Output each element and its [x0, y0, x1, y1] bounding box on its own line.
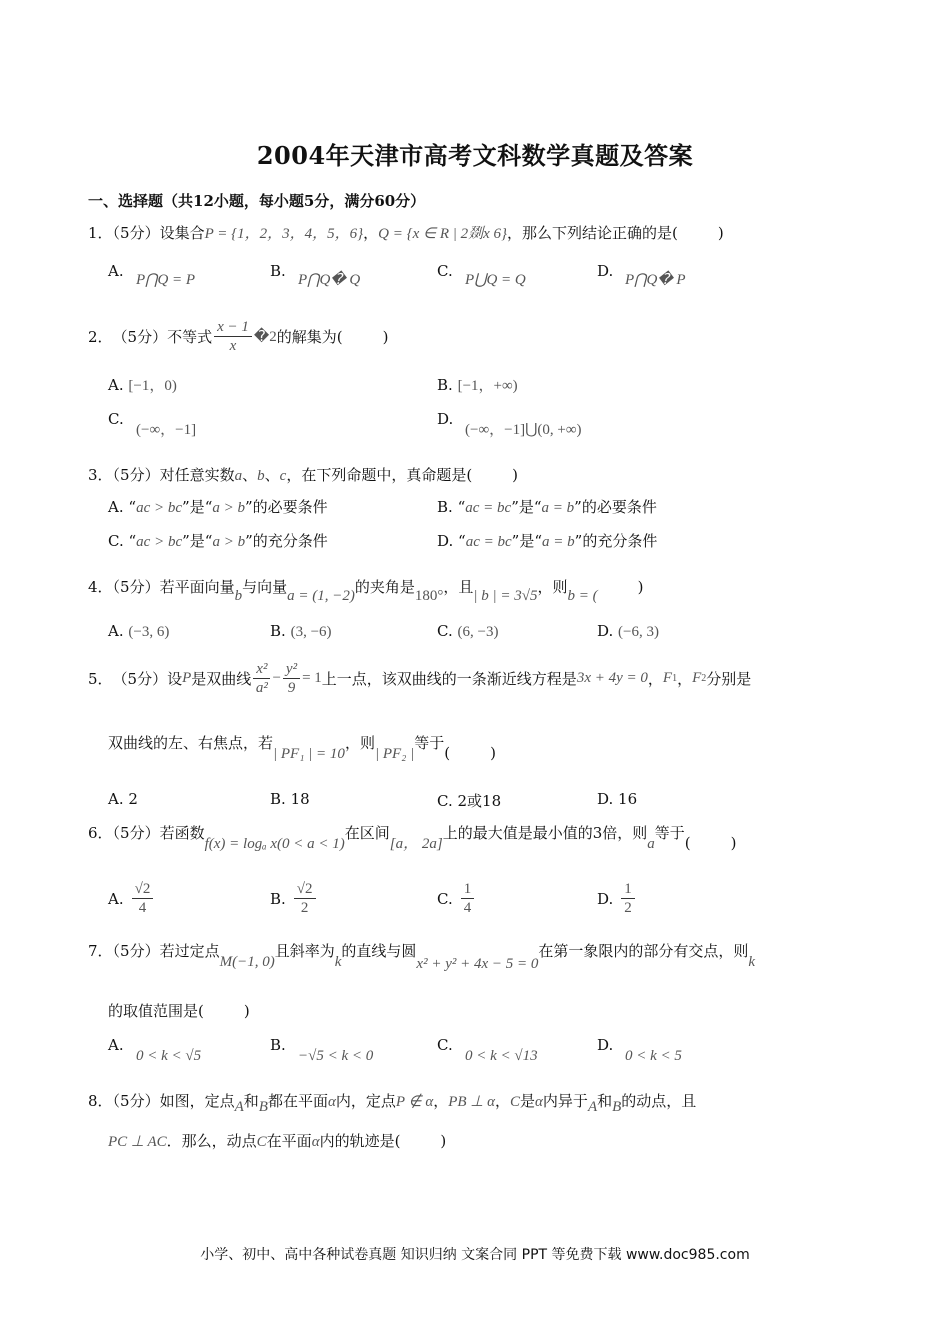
- question-number: 6．: [88, 824, 113, 842]
- option-value: P⋃Q = Q: [465, 270, 526, 289]
- question-number: 8．: [88, 1092, 113, 1110]
- option-math: ac = bc: [465, 500, 511, 516]
- answer-paren: ): [383, 328, 389, 346]
- option-text: 的充分条件: [582, 532, 657, 550]
- option-value: 16: [618, 790, 637, 808]
- question-7: 7．（5分）若过定点M(−1, 0)且斜率为k的直线与圆x² + y² + 4x…: [88, 940, 755, 961]
- option-b: B. 18: [270, 790, 310, 808]
- math-point-a: A: [588, 1099, 597, 1115]
- numerator: x²: [253, 660, 270, 679]
- option-value: 0 < k < 5: [625, 1048, 682, 1065]
- question-text: 的动点，且: [621, 1092, 696, 1110]
- option-math: a = b: [542, 500, 575, 516]
- math-plane: α: [312, 1134, 320, 1150]
- numerator: √2: [132, 880, 154, 899]
- option-label: B.: [270, 890, 286, 908]
- option-text: 是: [519, 498, 534, 516]
- option-value: P⋂Q� P: [625, 270, 686, 289]
- quote: ”: [245, 498, 253, 516]
- question-score: （5分）: [113, 942, 160, 960]
- math-point-p: P ∉ α: [396, 1094, 433, 1110]
- option-d: D. “ac = bc”是“a = b”的充分条件: [437, 530, 657, 551]
- option-d: D.12: [597, 880, 637, 917]
- math-var: a: [647, 836, 655, 852]
- option-b: B.: [270, 262, 286, 280]
- option-label: D.: [597, 1036, 613, 1054]
- numerator: 1: [461, 880, 475, 899]
- answer-paren: (: [444, 744, 450, 762]
- math-interval: [a， 2a]: [390, 836, 443, 852]
- fraction: 14: [461, 880, 475, 917]
- question-text: 上一点，该双曲线的一条渐近线方程是: [322, 668, 577, 689]
- option-d: D.: [437, 410, 453, 428]
- question-text: ．那么，动点: [167, 1132, 257, 1150]
- quote: “: [128, 498, 136, 516]
- option-value: 2或18: [458, 792, 502, 810]
- option-value: (−∞，−1]⋃(0, +∞): [465, 418, 582, 439]
- option-value: 18: [291, 790, 310, 808]
- option-label: B.: [270, 1036, 286, 1054]
- math-point-c: C: [257, 1134, 267, 1150]
- math-slope: k: [335, 954, 342, 970]
- option-label: C.: [437, 1036, 453, 1054]
- option-label: D.: [437, 532, 453, 550]
- math-perpendicular: PC ⊥ AC: [108, 1134, 167, 1150]
- question-text: 如图，定点: [160, 1092, 235, 1110]
- option-c: C. (6, −3): [437, 622, 498, 641]
- option-d: D. (−6, 3): [597, 622, 659, 641]
- option-d: D.: [597, 1036, 613, 1054]
- question-text: 若平面向量: [160, 578, 235, 596]
- fraction: 12: [621, 880, 635, 917]
- question-text: 的取值范围是(: [108, 1002, 204, 1020]
- question-text: 的夹角是: [355, 578, 415, 596]
- answer-paren: (: [685, 834, 691, 852]
- page-footer: 小学、初中、高中各种试卷真题 知识归纳 文案合同 PPT 等免费下载 www.d…: [0, 1244, 950, 1264]
- numerator: √2: [294, 880, 316, 899]
- question-7-line-2: 的取值范围是(): [108, 1000, 250, 1021]
- math-focus-1: F: [663, 670, 672, 687]
- question-text: ，则: [538, 578, 568, 596]
- option-c: C.: [437, 1036, 453, 1054]
- math-var: b: [257, 468, 265, 484]
- option-value: 2: [128, 790, 138, 808]
- question-text: 在区间: [345, 824, 390, 842]
- option-b: B.: [270, 1036, 286, 1054]
- question-text: 对任意实数: [160, 466, 235, 484]
- option-value: (−∞，−1]: [136, 418, 196, 439]
- option-d: D.: [597, 262, 613, 280]
- question-number: 7．: [88, 942, 113, 960]
- option-label: B.: [437, 498, 453, 516]
- option-label: A.: [108, 890, 124, 908]
- question-number: 3．: [88, 466, 113, 484]
- option-text: 是: [519, 532, 534, 550]
- math-point-m: M(−1, 0): [220, 954, 275, 970]
- option-a: A.: [108, 262, 124, 280]
- question-text: 是双曲线: [191, 668, 251, 689]
- option-c: C.: [437, 262, 453, 280]
- question-1: 1．（5分）设集合P = {1，2，3，4，5，6}，Q = {x ∈ R | …: [88, 222, 724, 243]
- math-focus-2: F: [692, 670, 701, 687]
- question-text: 都在平面: [268, 1092, 328, 1110]
- option-d: D. 16: [597, 790, 637, 808]
- separator: 、: [265, 466, 280, 484]
- option-b: B. (3, −6): [270, 622, 332, 641]
- question-text: 内异于: [543, 1092, 588, 1110]
- option-value: 0 < k < √5: [136, 1048, 201, 1065]
- quote: ”: [182, 498, 190, 516]
- quote: “: [534, 532, 542, 550]
- option-value: (3, −6): [291, 624, 332, 640]
- option-label: D.: [597, 622, 613, 640]
- separator: 、: [242, 466, 257, 484]
- denominator: x: [230, 337, 237, 355]
- option-label: C.: [108, 532, 124, 550]
- question-text: 的直线与圆: [341, 942, 416, 960]
- option-value: (−3, 6): [128, 624, 169, 640]
- question-5-line-2: 双曲线的左、右焦点，若| PF₁ | = 10，则| PF₂ |等于(): [108, 732, 496, 753]
- math-set-q: Q = {x ∈ R | 2剟x 6}: [378, 226, 507, 242]
- question-8: 8．（5分）如图，定点A和B都在平面α内，定点P ∉ α，PB ⊥ α，C是α内…: [88, 1090, 696, 1111]
- question-text: 双曲线的左、右焦点，若: [108, 734, 273, 752]
- option-label: A.: [108, 1036, 124, 1054]
- denominator: 4: [139, 899, 147, 917]
- option-label: C.: [108, 410, 124, 428]
- separator: ，: [495, 1092, 510, 1110]
- quote: ”: [182, 532, 190, 550]
- math-set-p: P = {1，2，3，4，5，6}: [205, 226, 364, 242]
- fraction: √22: [294, 880, 316, 917]
- answer-paren: ): [440, 1132, 446, 1150]
- option-label: D.: [597, 890, 613, 908]
- math-vector-a: a = (1, −2): [287, 588, 355, 604]
- option-label: A.: [108, 498, 124, 516]
- question-3: 3．（5分）对任意实数a、b、c，在下列命题中，真命题是(): [88, 464, 518, 485]
- option-label: C.: [437, 890, 453, 908]
- option-label: A.: [108, 262, 124, 280]
- question-score: （5分）: [113, 668, 168, 689]
- math-point-b: B: [612, 1099, 621, 1115]
- option-math: ac > bc: [136, 534, 182, 550]
- question-score: （5分）: [113, 466, 160, 484]
- question-2: 2．（5分）不等式 x − 1x �2的解集为(): [88, 318, 389, 355]
- question-text: 内的轨迹是(: [320, 1132, 401, 1150]
- separator: ，: [677, 668, 692, 689]
- option-a: A. [−1，0): [108, 374, 177, 395]
- option-label: A.: [108, 790, 124, 808]
- math-var: a: [235, 468, 243, 484]
- option-c: C. 2或18: [437, 790, 501, 811]
- option-math: ac = bc: [466, 534, 512, 550]
- math-angle: 180°: [415, 588, 444, 604]
- quote: ”: [574, 498, 582, 516]
- option-text: 的必要条件: [582, 498, 657, 516]
- option-value: [−1，0): [128, 378, 176, 394]
- question-5: 5．（5分）设P是双曲线 x²a²−y²9= 1上一点，该双曲线的一条渐近线方程…: [88, 660, 751, 697]
- question-score: （5分）: [113, 224, 160, 242]
- math-norm: | b | = 3√5: [473, 588, 537, 604]
- denominator: 9: [288, 679, 296, 697]
- question-text: 且斜率为: [275, 942, 335, 960]
- document-title: 2004年天津市高考文科数学真题及答案: [0, 136, 950, 171]
- question-score: （5分）: [113, 1092, 160, 1110]
- question-text: 等于: [655, 824, 685, 842]
- question-text: 设: [167, 668, 182, 689]
- option-math: ac > bc: [136, 500, 182, 516]
- question-score: （5分）: [113, 326, 168, 347]
- option-math: a > b: [212, 534, 245, 550]
- option-text: 是: [190, 498, 205, 516]
- question-text: 设集合: [160, 224, 205, 242]
- question-score: （5分）: [113, 578, 160, 596]
- math-plane: α: [535, 1094, 543, 1110]
- question-text: ，则: [345, 734, 375, 752]
- option-a: A. “ac > bc”是“a > b”的必要条件: [108, 496, 328, 517]
- option-value: P⋂Q� Q: [298, 270, 360, 289]
- option-label: C.: [437, 262, 453, 280]
- option-label: A.: [108, 376, 124, 394]
- fraction: x − 1x: [214, 318, 252, 355]
- option-a: A. 2: [108, 790, 138, 808]
- answer-paren: ): [638, 578, 644, 596]
- option-text: 的充分条件: [253, 532, 328, 550]
- math-rhs: �2: [254, 327, 277, 346]
- question-score: （5分）: [113, 824, 160, 842]
- answer-paren: ): [244, 1002, 250, 1020]
- option-label: B.: [437, 376, 453, 394]
- option-label: B.: [270, 622, 286, 640]
- math-pf1: | PF₁ | = 10: [273, 746, 345, 762]
- option-value: P⋂Q = P: [136, 270, 195, 289]
- numerator: x − 1: [214, 318, 252, 337]
- option-math: a = b: [542, 534, 575, 550]
- math-vector-b: b: [235, 588, 243, 604]
- math-point-b: B: [259, 1099, 268, 1115]
- question-text: ，且: [443, 578, 473, 596]
- numerator: 1: [621, 880, 635, 899]
- option-label: D.: [437, 410, 453, 428]
- answer-paren: ): [718, 224, 724, 242]
- math-point-a: A: [235, 1099, 244, 1115]
- option-label: C.: [437, 622, 453, 640]
- question-text: ，在下列命题中，真命题是(: [286, 466, 472, 484]
- math-function: f(x) = logₐ x(0 < a < 1): [205, 836, 345, 852]
- option-label: B.: [270, 790, 286, 808]
- option-value: (6, −3): [458, 624, 499, 640]
- numerator: y²: [283, 660, 300, 679]
- denominator: 4: [464, 899, 472, 917]
- math-answer: b = (: [568, 588, 598, 604]
- question-6: 6．（5分）若函数f(x) = logₐ x(0 < a < 1)在区间[a， …: [88, 822, 736, 843]
- option-c: C. “ac > bc”是“a > b”的充分条件: [108, 530, 328, 551]
- option-math: a > b: [212, 500, 245, 516]
- option-label: B.: [270, 262, 286, 280]
- question-number: 1．: [88, 224, 113, 242]
- answer-paren: ): [512, 466, 518, 484]
- question-text: 分别是: [706, 668, 751, 689]
- answer-paren: ): [490, 744, 496, 762]
- question-text: 的解集为(: [277, 326, 343, 347]
- fraction: √24: [132, 880, 154, 917]
- option-label: D.: [597, 262, 613, 280]
- option-value: −√5 < k < 0: [298, 1048, 373, 1065]
- quote: “: [458, 532, 466, 550]
- option-value: (−6, 3): [618, 624, 659, 640]
- question-text: 和: [597, 1092, 612, 1110]
- math-pf2: | PF₂ |: [375, 746, 414, 762]
- question-text: 与向量: [242, 578, 287, 596]
- math-circle: x² + y² + 4x − 5 = 0: [416, 956, 538, 972]
- question-text: 上的最大值是最小值的3倍，则: [443, 824, 648, 842]
- option-label: A.: [108, 622, 124, 640]
- question-8-line-2: PC ⊥ AC．那么，动点C在平面α内的轨迹是(): [108, 1130, 446, 1151]
- question-text: 若过定点: [160, 942, 220, 960]
- separator: ，: [433, 1092, 448, 1110]
- math-perpendicular: PB ⊥ α: [448, 1094, 495, 1110]
- question-4: 4．（5分）若平面向量b与向量a = (1, −2)的夹角是180°，且| b …: [88, 576, 644, 597]
- denominator: a²: [256, 679, 268, 697]
- separator: ，: [648, 668, 663, 689]
- quote: ”: [511, 498, 519, 516]
- math-point-p: P: [182, 670, 191, 687]
- question-text: 不等式: [167, 326, 212, 347]
- separator: ，: [363, 224, 378, 242]
- option-a: A.: [108, 1036, 124, 1054]
- option-label: D.: [597, 790, 613, 808]
- option-c: C.14: [437, 880, 476, 917]
- option-b: B.√22: [270, 880, 318, 917]
- math-asymptote: 3x + 4y = 0: [577, 670, 648, 687]
- denominator: 2: [301, 899, 309, 917]
- math-point-c: C: [510, 1094, 520, 1110]
- fraction: x²a²: [253, 660, 270, 697]
- denominator: 2: [624, 899, 632, 917]
- quote: “: [534, 498, 542, 516]
- question-text: 和: [244, 1092, 259, 1110]
- question-text: 内，定点: [336, 1092, 396, 1110]
- option-label: C.: [437, 792, 453, 810]
- question-number: 4．: [88, 578, 113, 596]
- question-text: ，那么下列结论正确的是(: [507, 224, 678, 242]
- option-c: C.: [108, 410, 124, 428]
- question-text: 在平面: [267, 1132, 312, 1150]
- option-value: [−1，+∞): [458, 378, 518, 394]
- math-plane: α: [328, 1094, 336, 1110]
- option-value: 0 < k < √13: [465, 1048, 538, 1065]
- quote: ”: [245, 532, 253, 550]
- option-text: 是: [190, 532, 205, 550]
- section-heading: 一、选择题（共12小题，每小题5分，满分60分）: [88, 190, 425, 211]
- option-b: B. [−1，+∞): [437, 374, 518, 395]
- fraction: y²9: [283, 660, 300, 697]
- math-eq: = 1: [302, 670, 322, 687]
- operator: −: [272, 670, 280, 687]
- question-text: 等于: [414, 734, 444, 752]
- question-text: 若函数: [160, 824, 205, 842]
- math-slope: k: [748, 954, 755, 970]
- option-text: 的必要条件: [253, 498, 328, 516]
- answer-paren: ): [731, 834, 737, 852]
- question-text: 是: [520, 1092, 535, 1110]
- option-a: A.√24: [108, 880, 155, 917]
- option-b: B. “ac = bc”是“a = b”的必要条件: [437, 496, 657, 517]
- question-number: 5．: [88, 668, 113, 689]
- option-a: A. (−3, 6): [108, 622, 169, 641]
- question-text: 在第一象限内的部分有交点，则: [538, 942, 748, 960]
- question-number: 2．: [88, 326, 113, 347]
